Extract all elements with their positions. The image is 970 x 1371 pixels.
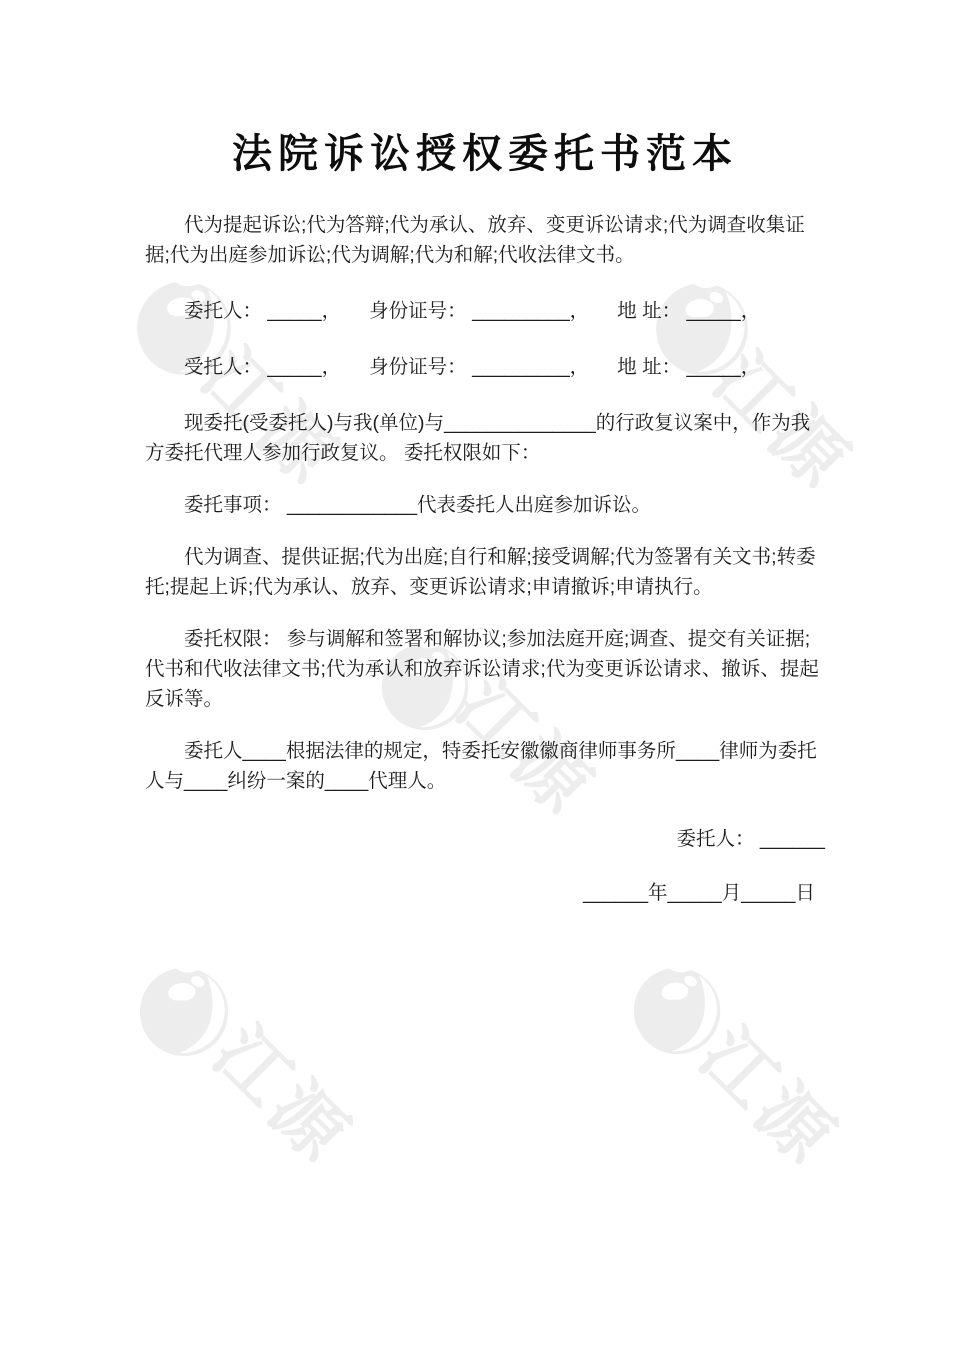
principal-name-blank: 委托人： _____， bbox=[184, 296, 341, 326]
principal-address-blank: 地 址： _____， bbox=[617, 296, 760, 326]
agent-id-blank: 身份证号： _________， bbox=[369, 352, 589, 382]
signature-block: 委托人： ______ ______年_____月_____日 bbox=[145, 824, 825, 908]
watermark-bottom-left: 江源 bbox=[136, 960, 234, 1058]
jiangyuan-logo-icon bbox=[630, 960, 726, 1056]
signature-name-line: 委托人： ______ bbox=[145, 824, 825, 854]
watermark-bottom-right: 江源 bbox=[630, 960, 726, 1056]
entrusted-matter-line: 委托事项： ____________代表委托人出庭参加诉讼。 bbox=[145, 490, 825, 520]
agent-name-blank: 受托人： _____， bbox=[184, 352, 341, 382]
scope-of-agency-paragraph: 代为调查、提供证据;代为出庭;自行和解;接受调解;代为签署有关文书;转委托;提起… bbox=[145, 542, 825, 602]
signature-date-line: ______年_____月_____日 bbox=[145, 878, 825, 908]
principal-id-blank: 身份证号： _________， bbox=[369, 296, 589, 326]
document-page: 江源 江源 江源 江源 bbox=[0, 0, 970, 1371]
agent-info-line: 受托人： _____， 身份证号： _________， 地 址： _____， bbox=[145, 352, 825, 382]
document-title: 法院诉讼授权委托书范本 bbox=[145, 130, 825, 178]
case-description-paragraph: 现委托(受委托人)与我(单位)与______________的行政复议案中，作为… bbox=[145, 408, 825, 468]
document-body: 法院诉讼授权委托书范本 代为提起诉讼;代为答辩;代为承认、放弃、变更诉讼请求;代… bbox=[0, 0, 970, 908]
intro-paragraph: 代为提起诉讼;代为答辩;代为承认、放弃、变更诉讼请求;代为调查收集证据;代为出庭… bbox=[145, 210, 825, 270]
authority-paragraph: 委托权限： 参与调解和签署和解协议;参加法庭开庭;调查、提交有关证据;代书和代收… bbox=[145, 624, 825, 714]
appointment-paragraph: 委托人____根据法律的规定，特委托安徽徽商律师事务所____律师为委托人与__… bbox=[145, 736, 825, 796]
principal-info-line: 委托人： _____， 身份证号： _________， 地 址： _____， bbox=[145, 296, 825, 326]
agent-address-blank: 地 址： _____， bbox=[617, 352, 760, 382]
jiangyuan-logo-icon bbox=[136, 960, 234, 1058]
